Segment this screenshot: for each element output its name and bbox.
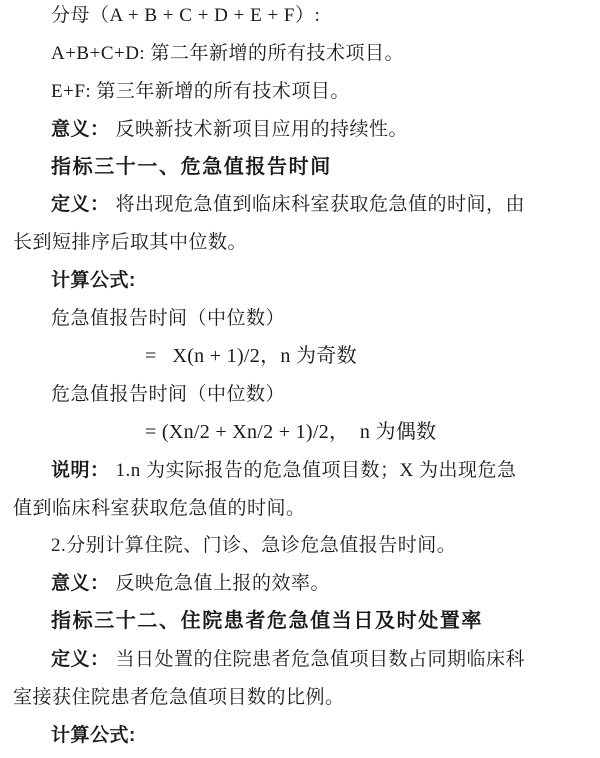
bold-label: 定义：: [51, 649, 110, 670]
bold-label: 意义：: [51, 119, 110, 140]
section-heading-31: 指标三十一、危急值报告时间: [13, 149, 586, 187]
paragraph-line: 计算公式:: [13, 717, 586, 755]
paragraph-line: 危急值报告时间（中位数）: [13, 376, 586, 414]
formula-line-odd-n: = X(n + 1)/2，n 为奇数: [13, 338, 586, 376]
paragraph-line: 说明：1.n 为实际报告的危急值项目数；X 为出现危急: [13, 452, 586, 490]
line-text: 1.n 为实际报告的危急值项目数；X 为出现危急: [116, 460, 517, 481]
line-text: 反映新技术新项目应用的持续性。: [116, 119, 409, 140]
paragraph-line: 计算公式:: [13, 262, 586, 300]
paragraph-line: 室接获住院患者危急值项目数的比例。: [13, 679, 586, 717]
document-body: 分母（A + B + C + D + E + F）: A+B+C+D: 第二年新…: [13, 0, 586, 755]
line-text: 室接获住院患者危急值项目数的比例。: [13, 687, 345, 708]
line-text: 危急值报告时间（中位数）: [51, 308, 285, 329]
line-text: 长到短排序后取其中位数。: [13, 232, 247, 253]
paragraph-line: 长到短排序后取其中位数。: [13, 224, 586, 262]
paragraph-line: E+F: 第三年新增的所有技术项目。: [13, 73, 586, 111]
line-text: 2.分别计算住院、门诊、急诊危急值报告时间。: [51, 535, 456, 556]
bold-label: 意义：: [51, 573, 110, 594]
formula-line-even-n: = (Xn/2 + Xn/2 + 1)/2， n 为偶数: [13, 414, 586, 452]
bold-label: 计算公式:: [51, 725, 136, 746]
heading-text: 指标三十一、危急值报告时间: [51, 156, 332, 178]
paragraph-line: 定义：将出现危急值到临床科室获取危急值的时间，由: [13, 186, 586, 224]
line-text: E+F: 第三年新增的所有技术项目。: [51, 81, 350, 102]
formula-text: = (Xn/2 + Xn/2 + 1)/2， n 为偶数: [145, 421, 436, 443]
paragraph-line: 2.分别计算住院、门诊、急诊危急值报告时间。: [13, 527, 586, 565]
paragraph-line: 分母（A + B + C + D + E + F）:: [13, 0, 586, 35]
paragraph-line: 意义：反映危急值上报的效率。: [13, 565, 586, 603]
formula-text: = X(n + 1)/2，n 为奇数: [145, 345, 357, 367]
bold-label: 定义：: [51, 194, 110, 215]
line-text: 危急值报告时间（中位数）: [51, 384, 285, 405]
bold-label: 说明：: [51, 460, 110, 481]
line-text: 值到临床科室获取危急值的时间。: [13, 498, 306, 519]
heading-text: 指标三十二、住院患者危急值当日及时处置率: [51, 610, 483, 632]
line-text: 当日处置的住院患者危急值项目数占同期临床科: [116, 649, 526, 670]
paragraph-line: 意义：反映新技术新项目应用的持续性。: [13, 111, 586, 149]
document-page: 分母（A + B + C + D + E + F）: A+B+C+D: 第二年新…: [0, 0, 600, 758]
paragraph-line: A+B+C+D: 第二年新增的所有技术项目。: [13, 35, 586, 73]
paragraph-line: 危急值报告时间（中位数）: [13, 300, 586, 338]
paragraph-line: 值到临床科室获取危急值的时间。: [13, 490, 586, 528]
line-text: 反映危急值上报的效率。: [116, 573, 331, 594]
line-text: 将出现危急值到临床科室获取危急值的时间，由: [116, 194, 526, 215]
line-text: 分母（A + B + C + D + E + F）:: [51, 5, 320, 26]
line-text: A+B+C+D: 第二年新增的所有技术项目。: [51, 43, 404, 64]
section-heading-32: 指标三十二、住院患者危急值当日及时处置率: [13, 603, 586, 641]
paragraph-line: 定义：当日处置的住院患者危急值项目数占同期临床科: [13, 641, 586, 679]
bold-label: 计算公式:: [51, 270, 136, 291]
